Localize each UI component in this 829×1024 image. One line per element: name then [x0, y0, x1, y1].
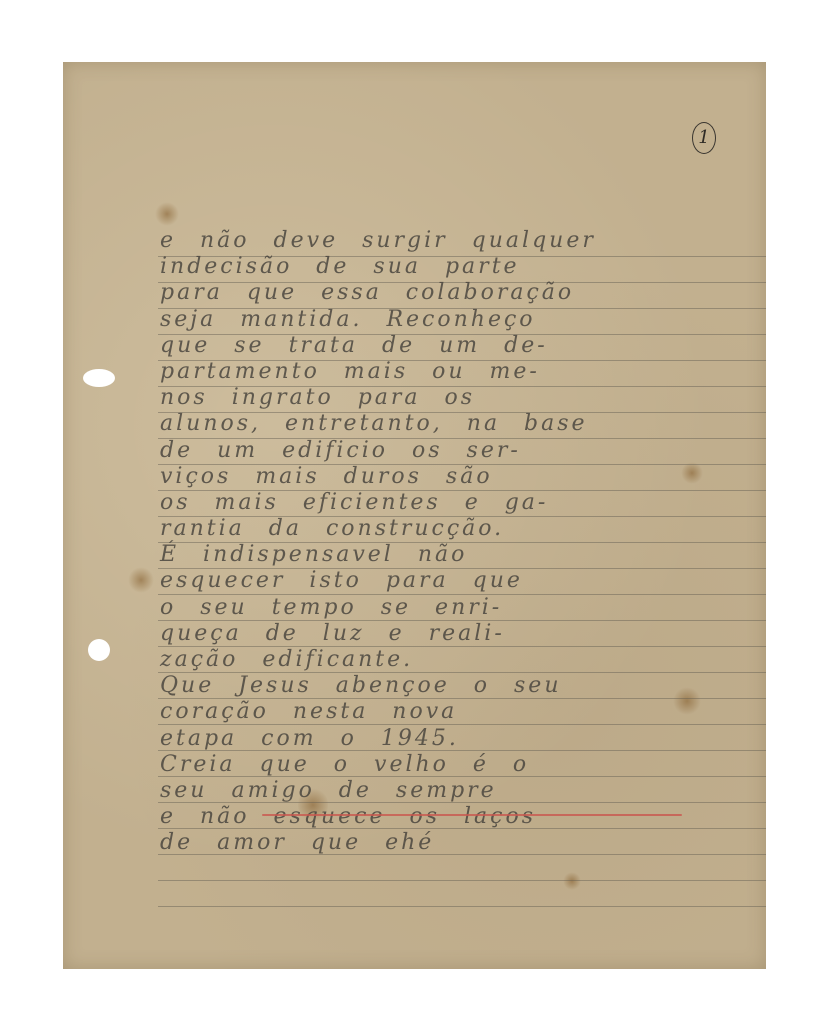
text-line: alunos, entretanto, na base	[160, 411, 760, 437]
text-line: de amor que ehé	[160, 830, 760, 856]
text-line: de um edificio os ser-	[160, 438, 760, 464]
text-line: zação edificante.	[160, 647, 760, 673]
text-line: os mais eficientes e ga-	[160, 490, 760, 516]
punch-hole-top	[83, 369, 115, 387]
text-line: esquecer isto para que	[160, 568, 760, 594]
text-line: Creia que o velho é o	[160, 752, 760, 778]
handwritten-text: e não deve surgir qualquer indecisão de …	[160, 228, 760, 857]
text-line: É indispensavel não	[160, 542, 760, 568]
text-line: que se trata de um de-	[160, 333, 760, 359]
text-line: e não esquece os laços	[160, 804, 760, 830]
ruled-line	[158, 880, 766, 881]
text-line: viços mais duros são	[160, 464, 760, 490]
text-line: nos ingrato para os	[160, 385, 760, 411]
text-line: etapa com o 1945.	[160, 726, 760, 752]
page-number: 1	[692, 122, 716, 154]
text-line: seu amigo de sempre	[160, 778, 760, 804]
text-line: coração nesta nova	[160, 699, 760, 725]
text-line: rantia da construcção.	[160, 516, 760, 542]
stain	[563, 872, 581, 890]
text-line: e não deve surgir qualquer	[160, 228, 760, 254]
text-line: queça de luz e reali-	[160, 621, 760, 647]
text-line: para que essa colaboração	[160, 280, 760, 306]
stain	[128, 567, 154, 593]
text-line: partamento mais ou me-	[160, 359, 760, 385]
text-line: Que Jesus abençoe o seu	[160, 673, 760, 699]
text-line: indecisão de sua parte	[160, 254, 760, 280]
text-line: seja mantida. Reconheço	[160, 307, 760, 333]
punch-hole-bottom	[88, 639, 110, 661]
red-pencil-underline	[262, 814, 682, 816]
text-line: o seu tempo se enri-	[160, 595, 760, 621]
ruled-line	[158, 906, 766, 907]
stain	[155, 202, 179, 226]
